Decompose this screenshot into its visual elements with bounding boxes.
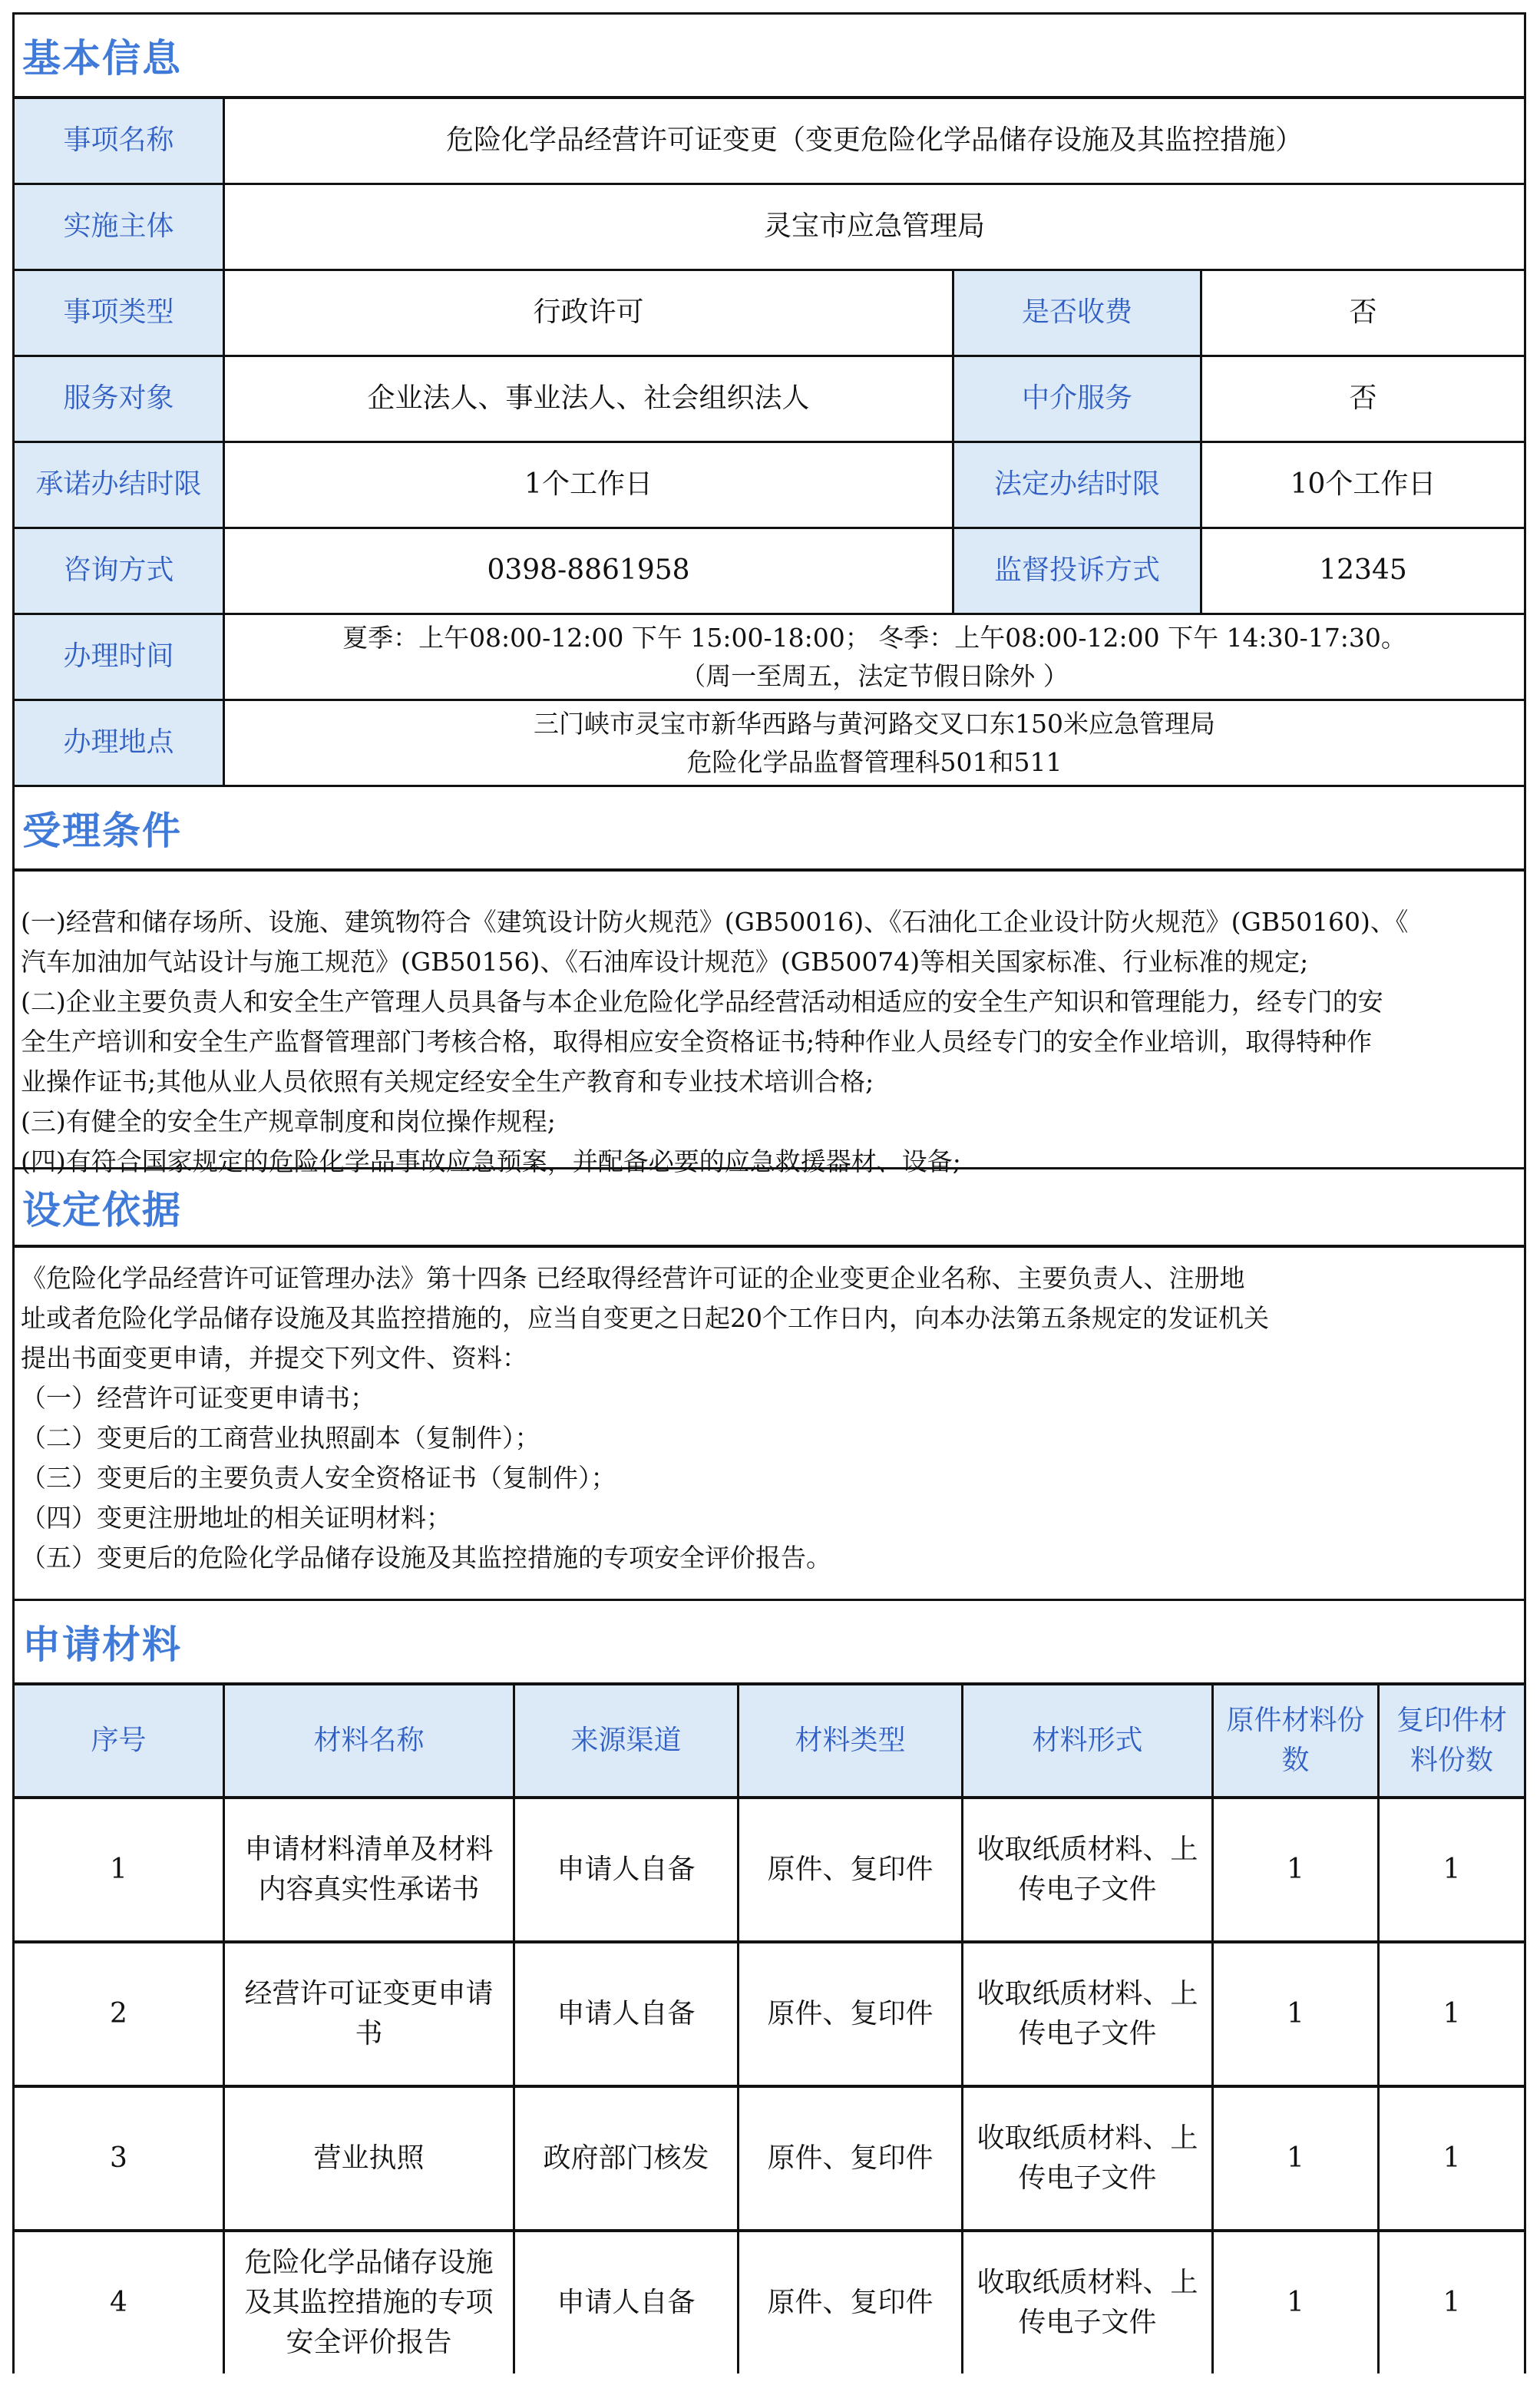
fee-value: 否 <box>1200 271 1524 355</box>
row-no: 4 <box>15 2232 223 2373</box>
row-source: 申请人自备 <box>513 2232 737 2373</box>
type-value: 行政许可 <box>223 271 952 355</box>
table-row: 3 营业执照 政府部门核发 原件、复印件 收取纸质材料、上传电子文件 1 1 <box>15 2088 1524 2232</box>
materials-table-header: 序号 材料名称 来源渠道 材料类型 材料形式 原件材料份数 复印件材料份数 <box>15 1685 1524 1799</box>
col-header-copy-count: 复印件材料份数 <box>1377 1685 1524 1796</box>
promise-time-value: 1个工作日 <box>223 443 952 527</box>
basis-body: 《危险化学品经营许可证管理办法》第十四条 已经取得经营许可证的企业变更企业名称、… <box>15 1248 1524 1601</box>
promise-time-label: 承诺办结时限 <box>15 443 223 527</box>
hours-line-2: （周一至周五，法定节假日除外 ） <box>680 657 1069 696</box>
agency-label: 中介服务 <box>952 357 1200 441</box>
hours-line-1: 夏季：上午08:00-12:00 下午 15:00-18:00； 冬季：上午08… <box>342 619 1406 657</box>
hours-label: 办理时间 <box>15 615 223 699</box>
authority-label: 实施主体 <box>15 185 223 269</box>
condition-line: 汽车加油加气站设计与施工规范》(GB50156)、《石油库设计规范》(GB500… <box>21 942 1518 982</box>
conditions-title: 受理条件 <box>22 800 182 855</box>
row-material-name: 危险化学品储存设施及其监控措施的专项安全评价报告 <box>223 2232 513 2373</box>
row-material-name: 经营许可证变更申请书 <box>223 1943 513 2085</box>
condition-line: 全生产培训和安全生产监督管理部门考核合格，取得相应安全资格证书;特种作业人员经专… <box>21 1022 1518 1062</box>
col-header-orig-count: 原件材料份数 <box>1211 1685 1377 1796</box>
conditions-body: (一)经营和储存场所、设施、建筑物符合《建筑设计防火规范》(GB50016)、《… <box>15 872 1524 1169</box>
basis-line: 址或者危险化学品储存设施及其监控措施的，应当自变更之日起20个工作日内，向本办法… <box>21 1298 1518 1338</box>
item-name-label: 事项名称 <box>15 99 223 183</box>
type-label: 事项类型 <box>15 271 223 355</box>
row-source: 申请人自备 <box>513 1799 737 1940</box>
condition-line: (二)企业主要负责人和安全生产管理人员具备与本企业危险化学品经营活动相适应的安全… <box>21 982 1518 1022</box>
row-orig-count: 1 <box>1211 1799 1377 1940</box>
row-form: 收取纸质材料、上传电子文件 <box>961 1799 1211 1940</box>
row-material-name: 申请材料清单及材料内容真实性承诺书 <box>223 1799 513 1940</box>
col-header-type: 材料类型 <box>737 1685 961 1796</box>
conditions-header: 受理条件 <box>15 787 1524 872</box>
row-form: 收取纸质材料、上传电子文件 <box>961 1943 1211 2085</box>
location-line-2: 危险化学品监督管理科501和511 <box>687 743 1062 782</box>
authority-value: 灵宝市应急管理局 <box>223 185 1524 269</box>
basis-line: （二）变更后的工商营业执照副本（复制件）； <box>21 1418 1518 1458</box>
row-material-name: 营业执照 <box>223 2088 513 2229</box>
col-header-no: 序号 <box>15 1685 223 1796</box>
basic-info-header: 基本信息 <box>15 15 1524 99</box>
row-type: 原件、复印件 <box>737 2088 961 2229</box>
target-value: 企业法人、事业法人、社会组织法人 <box>223 357 952 441</box>
basis-line: 提出书面变更申请，并提交下列文件、资料： <box>21 1338 1518 1378</box>
row-source: 政府部门核发 <box>513 2088 737 2229</box>
condition-line: (三)有健全的安全生产规章制度和岗位操作规程; <box>21 1102 1518 1142</box>
basis-line: （四）变更注册地址的相关证明材料； <box>21 1498 1518 1538</box>
row-no: 3 <box>15 2088 223 2229</box>
row-copy-count: 1 <box>1377 2088 1524 2229</box>
hours-value: 夏季：上午08:00-12:00 下午 15:00-18:00； 冬季：上午08… <box>223 615 1524 699</box>
row-type: 原件、复印件 <box>737 2232 961 2373</box>
complaint-phone[interactable]: 12345 <box>1200 529 1524 613</box>
fee-label: 是否收费 <box>952 271 1200 355</box>
row-contact: 咨询方式 0398-8861958 监督投诉方式 12345 <box>15 529 1524 615</box>
row-type: 原件、复印件 <box>737 1943 961 2085</box>
legal-time-label: 法定办结时限 <box>952 443 1200 527</box>
row-time-limits: 承诺办结时限 1个工作日 法定办结时限 10个工作日 <box>15 443 1524 529</box>
service-guide-page: 基本信息 事项名称 危险化学品经营许可证变更（变更危险化学品储存设施及其监控措施… <box>12 12 1526 2373</box>
col-header-source: 来源渠道 <box>513 1685 737 1796</box>
condition-line: 业操作证书;其他从业人员依照有关规定经安全生产教育和专业技术培训合格; <box>21 1062 1518 1102</box>
row-copy-count: 1 <box>1377 2232 1524 2373</box>
row-copy-count: 1 <box>1377 1943 1524 2085</box>
table-row: 2 经营许可证变更申请书 申请人自备 原件、复印件 收取纸质材料、上传电子文件 … <box>15 1943 1524 2088</box>
item-name-value: 危险化学品经营许可证变更（变更危险化学品储存设施及其监控措施） <box>223 99 1524 183</box>
basic-info-title: 基本信息 <box>22 28 182 83</box>
row-copy-count: 1 <box>1377 1799 1524 1940</box>
row-location: 办理地点 三门峡市灵宝市新华西路与黄河路交叉口东150米应急管理局 危险化学品监… <box>15 701 1524 787</box>
consult-label: 咨询方式 <box>15 529 223 613</box>
row-authority: 实施主体 灵宝市应急管理局 <box>15 185 1524 271</box>
complaint-label: 监督投诉方式 <box>952 529 1200 613</box>
table-row: 4 危险化学品储存设施及其监控措施的专项安全评价报告 申请人自备 原件、复印件 … <box>15 2232 1524 2373</box>
basis-line: （一）经营许可证变更申请书； <box>21 1378 1518 1418</box>
consult-phone[interactable]: 0398-8861958 <box>223 529 952 613</box>
row-form: 收取纸质材料、上传电子文件 <box>961 2232 1211 2373</box>
row-orig-count: 1 <box>1211 1943 1377 2085</box>
location-value: 三门峡市灵宝市新华西路与黄河路交叉口东150米应急管理局 危险化学品监督管理科5… <box>223 701 1524 785</box>
row-type-fee: 事项类型 行政许可 是否收费 否 <box>15 271 1524 357</box>
materials-title: 申请材料 <box>22 1614 182 1669</box>
row-source: 申请人自备 <box>513 1943 737 2085</box>
row-no: 1 <box>15 1799 223 1940</box>
col-header-form: 材料形式 <box>961 1685 1211 1796</box>
table-row: 1 申请材料清单及材料内容真实性承诺书 申请人自备 原件、复印件 收取纸质材料、… <box>15 1799 1524 1943</box>
row-type: 原件、复印件 <box>737 1799 961 1940</box>
basis-title: 设定依据 <box>22 1179 182 1235</box>
col-header-name: 材料名称 <box>223 1685 513 1796</box>
row-hours: 办理时间 夏季：上午08:00-12:00 下午 15:00-18:00； 冬季… <box>15 615 1524 701</box>
row-item-name: 事项名称 危险化学品经营许可证变更（变更危险化学品储存设施及其监控措施） <box>15 99 1524 185</box>
row-orig-count: 1 <box>1211 2232 1377 2373</box>
agency-value: 否 <box>1200 357 1524 441</box>
location-line-1: 三门峡市灵宝市新华西路与黄河路交叉口东150米应急管理局 <box>534 705 1215 743</box>
basis-line: （五）变更后的危险化学品储存设施及其监控措施的专项安全评价报告。 <box>21 1538 1518 1578</box>
row-target-agency: 服务对象 企业法人、事业法人、社会组织法人 中介服务 否 <box>15 357 1524 443</box>
condition-line: (一)经营和储存场所、设施、建筑物符合《建筑设计防火规范》(GB50016)、《… <box>21 902 1518 942</box>
row-no: 2 <box>15 1943 223 2085</box>
row-orig-count: 1 <box>1211 2088 1377 2229</box>
basis-line: 《危险化学品经营许可证管理办法》第十四条 已经取得经营许可证的企业变更企业名称、… <box>21 1259 1518 1298</box>
row-form: 收取纸质材料、上传电子文件 <box>961 2088 1211 2229</box>
basis-line: （三）变更后的主要负责人安全资格证书（复制件）； <box>21 1458 1518 1498</box>
target-label: 服务对象 <box>15 357 223 441</box>
materials-header: 申请材料 <box>15 1601 1524 1685</box>
legal-time-value: 10个工作日 <box>1200 443 1524 527</box>
location-label: 办理地点 <box>15 701 223 785</box>
